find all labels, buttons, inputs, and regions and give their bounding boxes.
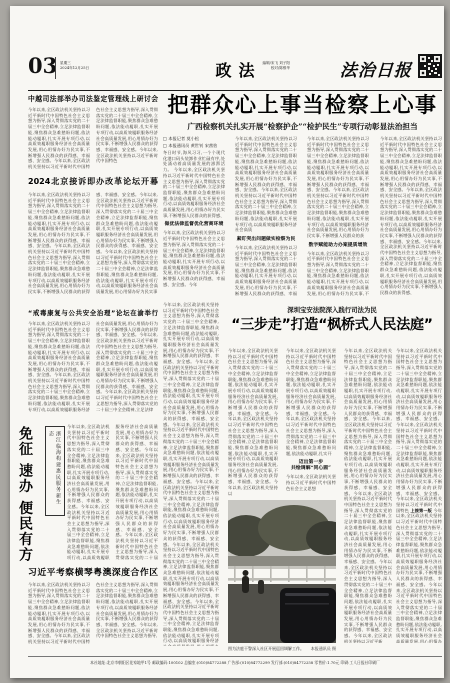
second-text: 今年以来,全区政法机关坚持以习近平新时代中国特色社会主义思想	[286, 474, 336, 490]
header-rule	[28, 90, 442, 91]
article-b-headline: 2024北京接诉即办改革论坛开幕	[28, 176, 158, 187]
second-subhead-line2: 共绘调解“同心圆”	[286, 465, 336, 471]
footer-imprint: 本社地址:北京市朝阳区花家地甲1号 邮政编码:100102 总编室:(010)8…	[28, 660, 442, 665]
article-c-headline: “戒毒康复与公共安全治理”论坛在渝举行	[28, 309, 158, 318]
continued-from-page-one-lead: 上接第一版	[410, 508, 432, 513]
main-headline: 把群众心上事当检察上心事	[163, 92, 442, 118]
masthead-logo: 法治日报	[339, 56, 412, 81]
main-subtitle: 广西检察机关扎实开展“检察护企”“检护民生”专项行动彰显法治担当	[163, 122, 442, 132]
editors-note: 编辑/宋飞 刘子阳 校对/陈维华	[228, 61, 290, 71]
article-e-text: 今年以来,全区政法机关坚持以习近平新时代中国特色社会主义思想为指导,深入贯彻落实…	[28, 582, 158, 644]
main-text: 今年以来,全区政法机关坚持以习近平新时代中国特色社会主义思想为指导,深入贯彻落实…	[235, 245, 297, 296]
main-column-1: □ 本报记者 莫小松 □ 本报通讯员 黄世钊 宋茜怡 冬日时节,海风习习,一个个…	[163, 136, 225, 296]
article-e-headline: 习近平考察横琴粤澳深度合作区	[28, 568, 158, 579]
main-text: 今年以来,全区政法机关坚持以习近平新时代中国特色社会主义思想为指导,深入贯彻落实…	[307, 251, 369, 296]
second-article-kicker: 深圳宝安法院深入践行司法为民	[222, 306, 442, 314]
second-subhead: 迈出第一步 共绘调解“同心圆”	[286, 459, 336, 471]
main-byline-correspondent: □ 本报通讯员 黄世钊 宋茜怡	[163, 143, 225, 149]
second-text: 今年以来,全区政法机关坚持以习近平新时代中国特色社会主义思想为指导,深入贯彻落实…	[228, 348, 278, 496]
main-subhead-1: 做优法律监督优化营商环境	[163, 221, 225, 227]
footer-rule	[28, 656, 442, 657]
second-column-3: 今年以来,全区政法机关坚持以习近平新时代中国特色社会主义思想为指导,深入贯彻落实…	[344, 348, 392, 643]
photo-credit: 本报通讯员 摄	[311, 646, 336, 651]
main-text: 今年以来,全区政法机关坚持以习近平新时代中国特色社会主义思想为指导,深入贯彻落实…	[163, 167, 225, 218]
main-text: 今年以来,全区政法机关坚持以习近平新时代中国特色社会主义思想为指导,深入贯彻落实…	[380, 136, 442, 295]
main-subhead-2: 紧盯突出问题做实检察为民	[235, 236, 297, 242]
second-column-1: 今年以来,全区政法机关坚持以习近平新时代中国特色社会主义思想为指导,深入贯彻落实…	[228, 348, 278, 496]
proofreader-line: 校对/陈维华	[228, 66, 290, 71]
second-text: 今年以来,全区政法机关坚持以习近平新时代中国特色社会主义思想为指导,深入贯彻落实…	[344, 348, 392, 643]
main-column-3: 今年以来,全区政法机关坚持以习近平新时代中国特色社会主义思想为指导,深入贯彻落实…	[307, 136, 369, 296]
article-c-body: 今年以来,全区政法机关坚持以习近平新时代中国特色社会主义思想为指导,深入贯彻落实…	[28, 321, 158, 417]
main-column-1-continued: 今年以来,全区政法机关坚持以习近平新时代中国特色社会主义思想为指导,深入贯彻落实…	[163, 302, 219, 646]
second-article-headline: “三步走”打造“枫桥式人民法庭”	[222, 316, 442, 334]
article-d-headline-vertical: 免征 速办 便民有方	[15, 426, 35, 568]
second-text: 今年以来,全区政法机关坚持以习近平新时代中国特色社会主义思想为指导,深入贯彻落实…	[286, 348, 336, 456]
main-column-2: 今年以来,全区政法机关坚持以习近平新时代中国特色社会主义思想为指导,深入贯彻落实…	[235, 136, 297, 296]
photo-caption: 本报通讯员 摄 图为法庭干警深入社区开展巡回调解工作。	[228, 646, 336, 651]
article-d-text: 今年以来,全区政法机关坚持以习近平新时代中国特色社会主义思想为指导,深入贯彻落实…	[67, 424, 158, 560]
article-a-body: 今年以来,全区政法机关坚持以习近平新时代中国特色社会主义思想为指导,深入贯彻落实…	[28, 107, 158, 171]
main-text: 今年以来,全区政法机关坚持以习近平新时代中国特色社会主义思想为指导,深入贯彻落实…	[235, 136, 297, 232]
article-b-body: 今年以来,全区政法机关坚持以习近平新时代中国特色社会主义思想为指导,深入贯彻落实…	[28, 192, 158, 300]
article-d-kicker-vertical: 浙江临海构建惠民服务新生态	[45, 426, 65, 516]
main-text: 今年以来,全区政法机关坚持以习近平新时代中国特色社会主义思想为指导,深入贯彻落实…	[307, 136, 369, 238]
article-a-headline: 中越司法部举办司法鉴定管理线上研讨会	[28, 95, 158, 104]
main-column-4: 今年以来,全区政法机关坚持以习近平新时代中国特色社会主义思想为指导,深入贯彻落实…	[380, 136, 442, 296]
second-column-2: 今年以来,全区政法机关坚持以习近平新时代中国特色社会主义思想为指导,深入贯彻落实…	[286, 348, 336, 496]
photo-caption-text: 图为法庭干警深入社区开展巡回调解工作。	[228, 646, 304, 651]
article-d-body: 今年以来,全区政法机关坚持以习近平新时代中国特色社会主义思想为指导,深入贯彻落实…	[67, 424, 158, 562]
article-e-body: 今年以来,全区政法机关坚持以习近平新时代中国特色社会主义思想为指导,深入贯彻落实…	[28, 582, 158, 648]
main-text: 今年以来,全区政法机关坚持以习近平新时代中国特色社会主义思想为指导,深入贯彻落实…	[163, 230, 225, 286]
news-photo	[228, 500, 336, 643]
page-header: 03 星期三 2024年12月25日 政法 编辑/宋飞 刘子阳 校对/陈维华 法…	[28, 50, 442, 88]
main-subhead-3: 数字赋能助力办案提质增效	[307, 242, 369, 248]
article-c-text: 今年以来,全区政法机关坚持以习近平新时代中国特色社会主义思想为指导,深入贯彻落实…	[28, 321, 158, 412]
second-column-4: 今年以来,全区政法机关坚持以习近平新时代中国特色社会主义思想为指导,深入贯彻落实…	[396, 348, 442, 643]
article-a-text: 今年以来,全区政法机关坚持以习近平新时代中国特色社会主义思想为指导,深入贯彻落实…	[28, 107, 158, 169]
second-text: 今年以来,全区政法机关坚持以习近平新时代中国特色社会主义思想为指导,深入贯彻落实…	[396, 348, 442, 513]
continued-text: 今年以来,全区政法机关坚持以习近平新时代中国特色社会主义思想为指导,深入贯彻落实…	[396, 508, 442, 643]
main-byline-reporter: □ 本报记者 莫小松	[163, 136, 225, 142]
main-text: 今年以来,全区政法机关坚持以习近平新时代中国特色社会主义思想为指导,深入贯彻落实…	[163, 302, 219, 646]
article-b-text: 今年以来,全区政法机关坚持以习近平新时代中国特色社会主义思想为指导,深入贯彻落实…	[28, 192, 158, 294]
qr-code-icon	[418, 54, 442, 78]
newspaper-page: 03 星期三 2024年12月25日 政法 编辑/宋飞 刘子阳 校对/陈维华 法…	[10, 6, 444, 678]
